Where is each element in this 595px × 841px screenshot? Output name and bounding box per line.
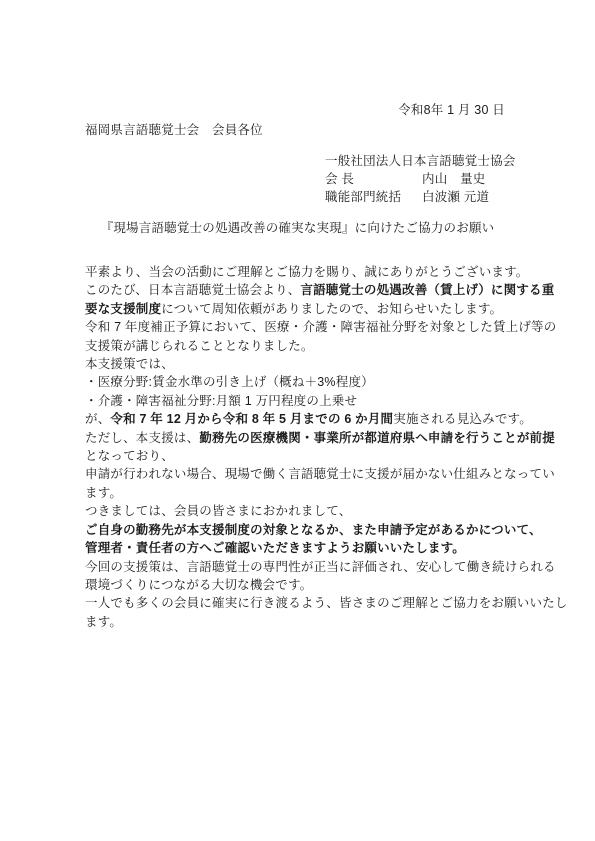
officer-role: 職能部門統括 bbox=[325, 188, 422, 206]
text-run: 支援策が講じられることとなりました。 bbox=[85, 339, 314, 353]
addressee-line: 福岡県言語聴覚士会 会員各位 bbox=[85, 120, 263, 138]
text-run: ます。 bbox=[85, 486, 122, 500]
text-run: ます。 bbox=[85, 615, 122, 629]
body-line: ご自身の勤務先が本支援制度の対象となるか、また申請予定があるかについて、 bbox=[85, 521, 515, 539]
text-run: ただし、本支援は、 bbox=[85, 431, 199, 445]
body-line: 要な支援制度について周知依頼がありましたので、お知らせいたします。 bbox=[85, 300, 515, 318]
text-run: 今回の支援策は、言語聴覚士の専門性が正当に評価され、安心して働き続けられる bbox=[85, 560, 556, 574]
text-run: 管理者・責任者の方へご確認いただきますようお願いいたします。 bbox=[85, 541, 465, 555]
document-page: 令和8年 1 月 30 日 福岡県言語聴覚士会 会員各位 一般社団法人日本言語聴… bbox=[0, 0, 595, 841]
text-run: ・介護・障害福祉分野:月額 1 万円程度の上乗せ bbox=[85, 394, 357, 408]
text-run: 言語聴覚士の処遇改善（賃上げ）に関する重 bbox=[300, 283, 554, 297]
sender-organization: 一般社団法人日本言語聴覚士協会 bbox=[325, 152, 516, 170]
body-line: ただし、本支援は、勤務先の医療機関・事業所が都道府県へ申請を行うことが前提 bbox=[85, 429, 515, 447]
text-run: について周知依頼がありましたので、お知らせいたします。 bbox=[161, 302, 502, 316]
body-line: このたび、日本言語聴覚士協会より、言語聴覚士の処遇改善（賃上げ）に関する重 bbox=[85, 281, 515, 299]
text-run: となっており、 bbox=[85, 449, 174, 463]
officer-list: 会 長内山 量史職能部門統括白波瀬 元道 bbox=[325, 170, 516, 206]
text-run: このたび、日本言語聴覚士協会より、 bbox=[85, 283, 300, 297]
body-line: となっており、 bbox=[85, 447, 515, 465]
body-line: ・医療分野:賃金水準の引き上げ（概ね＋3%程度） bbox=[85, 373, 515, 391]
officer-name: 白波瀬 元道 bbox=[422, 190, 489, 204]
body-line: 申請が行われない場合、現場で働く言語聴覚士に支援が届かない仕組みとなってい bbox=[85, 465, 515, 483]
sender-block: 一般社団法人日本言語聴覚士協会 会 長内山 量史職能部門統括白波瀬 元道 bbox=[325, 152, 516, 206]
text-run: 令和 7 年 12 月から令和 8 年 5 月までの 6 か月間 bbox=[110, 412, 393, 426]
body-line: ・介護・障害福祉分野:月額 1 万円程度の上乗せ bbox=[85, 392, 515, 410]
body-line: 一人でも多くの会員に確実に行き渡るよう、皆さまのご理解とご協力をお願いいたし bbox=[85, 594, 515, 612]
officer-role: 会 長 bbox=[325, 170, 422, 188]
body-line: 支援策が講じられることとなりました。 bbox=[85, 337, 515, 355]
body-line: つきましては、会員の皆さまにおかれまして、 bbox=[85, 502, 515, 520]
body-line: 本支援策では、 bbox=[85, 355, 515, 373]
officer-row: 職能部門統括白波瀬 元道 bbox=[325, 188, 516, 206]
text-run: 本支援策では、 bbox=[85, 357, 174, 371]
body-line: 環境づくりにつながる大切な機会です。 bbox=[85, 576, 515, 594]
text-run: つきましては、会員の皆さまにおかれまして、 bbox=[85, 504, 351, 518]
officer-row: 会 長内山 量史 bbox=[325, 170, 516, 188]
letter-date: 令和8年 1 月 30 日 bbox=[398, 100, 505, 118]
text-run: 環境づくりにつながる大切な機会です。 bbox=[85, 578, 312, 592]
body-line: 令和 7 年度補正予算において、医療・介護・障害福祉分野を対象とした賃上げ等の bbox=[85, 318, 515, 336]
body-line: ます。 bbox=[85, 484, 515, 502]
text-run: ご自身の勤務先が本支援制度の対象となるか、また申請予定があるかについて、 bbox=[85, 523, 542, 537]
text-run: 平素より、当会の活動にご理解とご協力を賜り、誠にありがとうございます。 bbox=[85, 265, 529, 279]
letter-title: 『現場言語聴覚士の処遇改善の確実な実現』に向けたご協力のお願い bbox=[0, 218, 595, 236]
body-line: 今回の支援策は、言語聴覚士の専門性が正当に評価され、安心して働き続けられる bbox=[85, 558, 515, 576]
text-run: 令和 7 年度補正予算において、医療・介護・障害福祉分野を対象とした賃上げ等の bbox=[85, 320, 556, 334]
body-line: が、令和 7 年 12 月から令和 8 年 5 月までの 6 か月間実施される見… bbox=[85, 410, 515, 428]
letter-body: 平素より、当会の活動にご理解とご協力を賜り、誠にありがとうございます。このたび、… bbox=[85, 263, 515, 631]
body-line: 平素より、当会の活動にご理解とご協力を賜り、誠にありがとうございます。 bbox=[85, 263, 515, 281]
text-run: が、 bbox=[85, 412, 110, 426]
text-run: 要な支援制度 bbox=[85, 302, 161, 316]
text-run: 勤務先の医療機関・事業所が都道府県へ申請を行うことが前提 bbox=[199, 431, 555, 445]
text-run: 申請が行われない場合、現場で働く言語聴覚士に支援が届かない仕組みとなってい bbox=[85, 467, 555, 481]
text-run: 一人でも多くの会員に確実に行き渡るよう、皆さまのご理解とご協力をお願いいたし bbox=[85, 596, 568, 610]
text-run: 実施される見込みです。 bbox=[393, 412, 532, 426]
body-line: 管理者・責任者の方へご確認いただきますようお願いいたします。 bbox=[85, 539, 515, 557]
text-run: ・医療分野:賃金水準の引き上げ（概ね＋3%程度） bbox=[85, 375, 374, 389]
officer-name: 内山 量史 bbox=[422, 172, 486, 186]
body-line: ます。 bbox=[85, 613, 515, 631]
